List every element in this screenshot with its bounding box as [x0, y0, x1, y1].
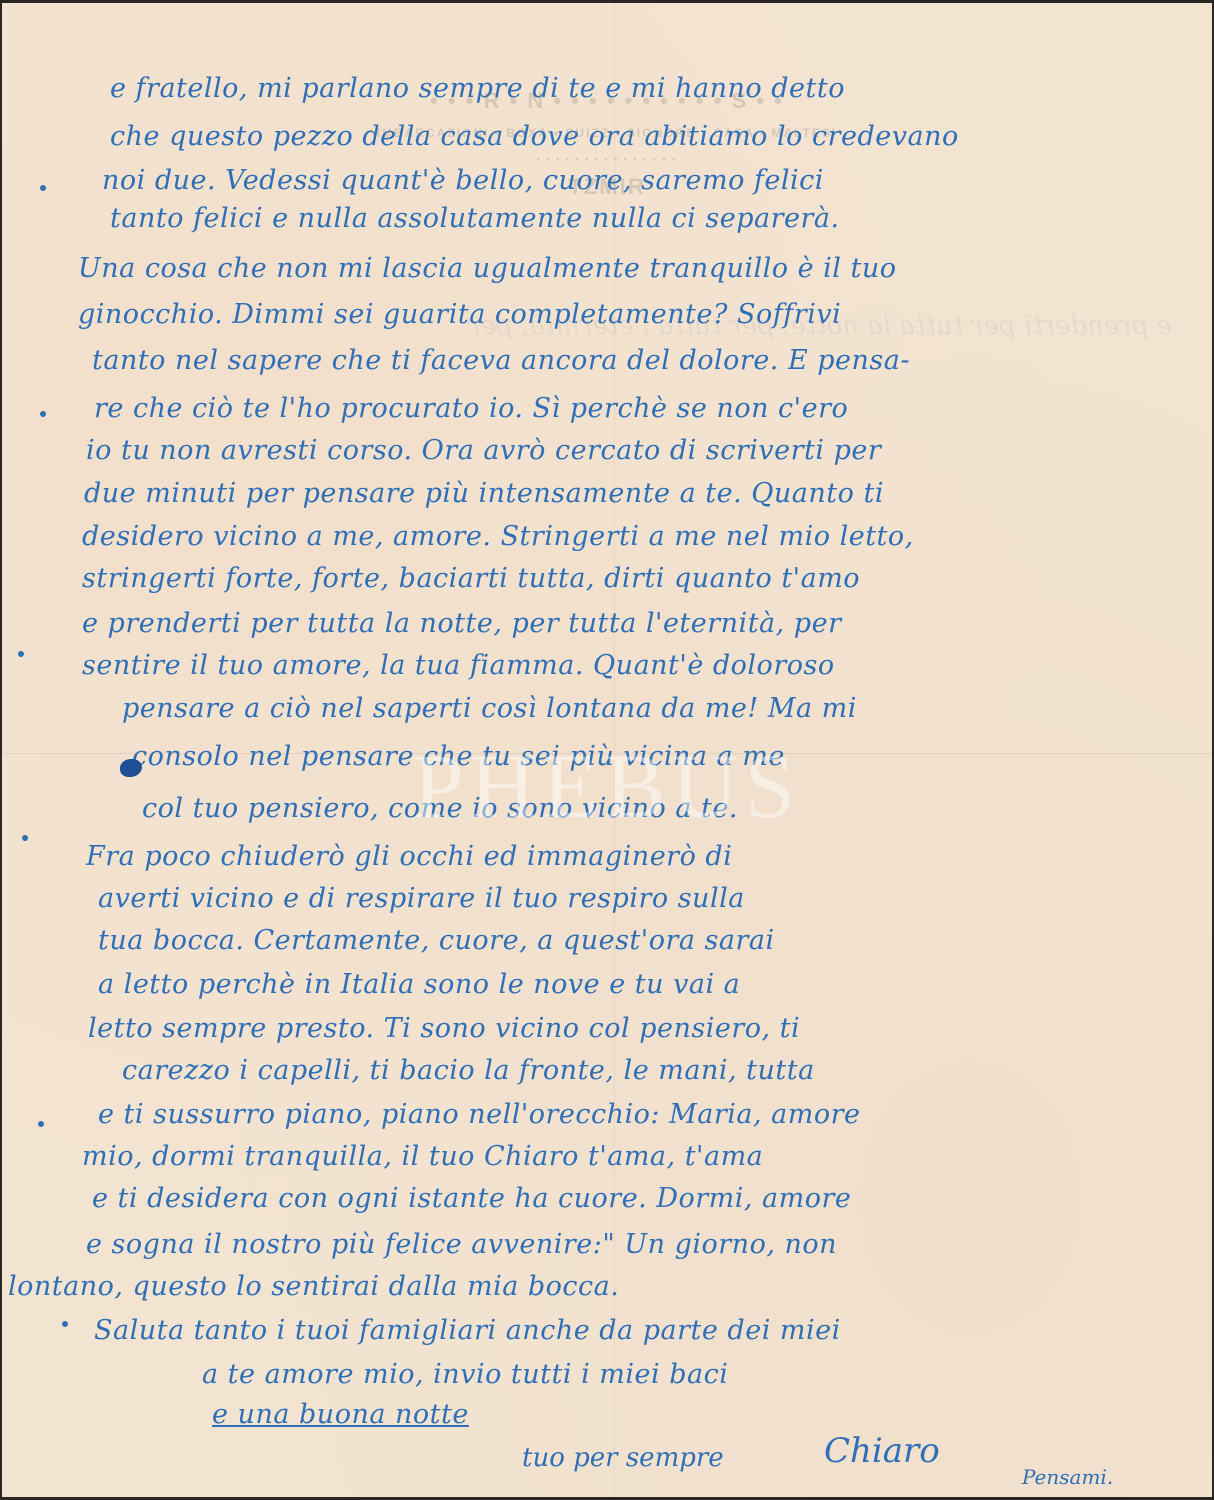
letter-line-8: re che ciò te l'ho procurato io. Sì perc…: [94, 393, 848, 424]
letter-line-14: sentire il tuo amore, la tua fiamma. Qua…: [82, 650, 835, 681]
letter-line-20: tua bocca. Certamente, cuore, a quest'or…: [98, 925, 775, 956]
letter-line-23: carezzo i capelli, ti bacio la fronte, l…: [122, 1055, 815, 1086]
letter-line-2: che questo pezzo della casa dove ora abi…: [110, 121, 959, 152]
letter-line-1: e fratello, mi parlano sempre di te e mi…: [110, 73, 845, 104]
letter-line-13: e prenderti per tutta la notte, per tutt…: [82, 608, 841, 639]
letter-line-6: ginocchio. Dimmi sei guarita completamen…: [78, 299, 841, 330]
letter-line-22: letto sempre presto. Ti sono vicino col …: [88, 1013, 800, 1044]
letter-line-17: col tuo pensiero, come io sono vicino a …: [142, 793, 738, 824]
margin-dot: [22, 835, 28, 841]
margin-dot: [40, 411, 46, 417]
letter-sheet: • • • R • N • • • • • • • • • • S • • IM…: [2, 3, 1212, 1497]
letter-line-10: due minuti per pensare più intensamente …: [84, 478, 884, 509]
margin-dot: [18, 651, 24, 657]
letter-line-24: e ti sussurro piano, piano nell'orecchio…: [98, 1099, 861, 1130]
letter-line-9: io tu non avresti corso. Ora avrò cercat…: [86, 435, 881, 466]
letter-line-27: e sogna il nostro più felice avvenire:" …: [86, 1229, 837, 1260]
letter-line-15: pensare a ciò nel saperti così lontana d…: [122, 693, 857, 724]
letterhead-line-3: • • • • • • • • • • • • • • •: [2, 154, 1212, 164]
margin-dot: [40, 185, 46, 191]
letter-line-26: e ti desidera con ogni istante ha cuore.…: [92, 1183, 851, 1214]
margin-dot: [62, 1321, 68, 1327]
letter-line-25: mio, dormi tranquilla, il tuo Chiaro t'a…: [82, 1141, 763, 1172]
letter-line-18: Fra poco chiuderò gli occhi ed immaginer…: [86, 841, 732, 872]
letter-line-21: a letto perchè in Italia sono le nove e …: [98, 969, 740, 1000]
letter-line-12: stringerti forte, forte, baciarti tutta,…: [82, 563, 860, 594]
margin-dot: [38, 1121, 44, 1127]
letter-line-29: Saluta tanto i tuoi famigliari anche da …: [94, 1315, 841, 1346]
letter-line-30: a te amore mio, invio tutti i miei baci: [202, 1359, 728, 1390]
valediction: tuo per sempre: [522, 1443, 724, 1473]
letter-line-5: Una cosa che non mi lascia ugualmente tr…: [78, 253, 897, 284]
letter-line-16: consolo nel pensare che tu sei più vicin…: [132, 741, 785, 772]
letter-line-3: noi due. Vedessi quant'è bello, cuore, s…: [102, 165, 824, 196]
letter-line-19: averti vicino e di respirare il tuo resp…: [98, 883, 745, 914]
letter-line-28: lontano, questo lo sentirai dalla mia bo…: [8, 1271, 619, 1302]
letter-line-31: e una buona notte: [212, 1399, 469, 1430]
letter-line-4: tanto felici e nulla assolutamente nulla…: [110, 203, 840, 234]
letter-line-11: desidero vicino a me, amore. Stringerti …: [82, 521, 914, 552]
signature: Chiaro: [824, 1431, 940, 1471]
postscript: Pensami.: [1022, 1465, 1113, 1489]
letter-line-7: tanto nel sapere che ti faceva ancora de…: [92, 345, 910, 376]
